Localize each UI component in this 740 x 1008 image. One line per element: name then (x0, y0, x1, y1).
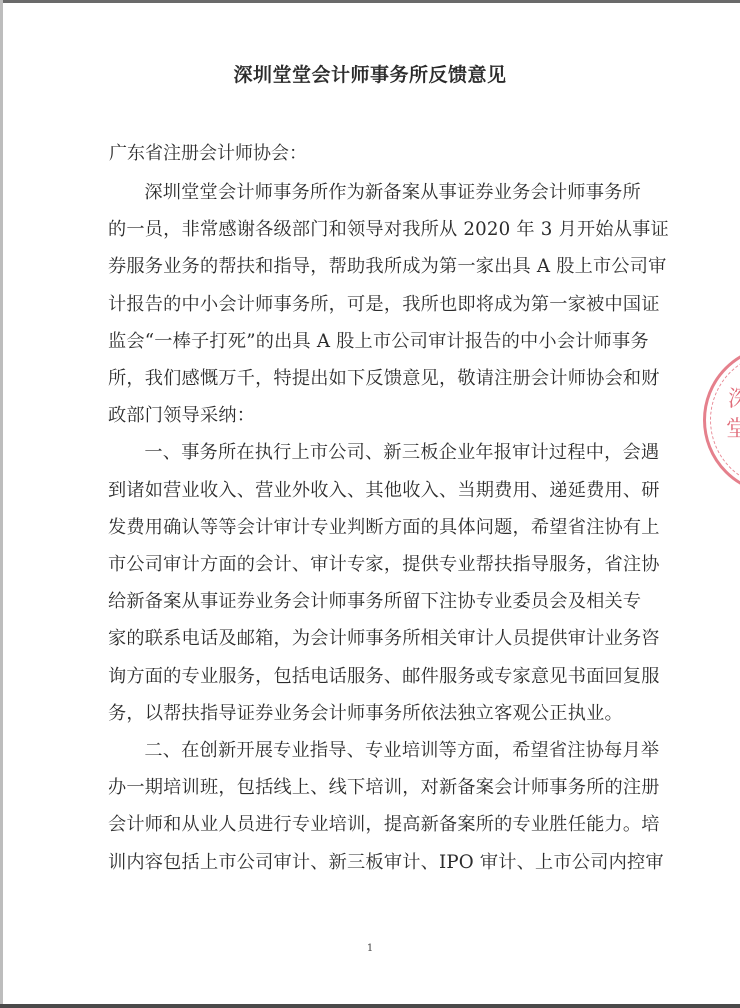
text-line: 家的联系电话及邮箱，为会计师事务所相关审计人员提供审计业务咨 (72, 620, 680, 657)
text-line: 询方面的专业服务，包括电话服务、邮件服务或专家意见书面回复服 (72, 658, 680, 695)
document-body: 深圳堂堂会计师事务所作为新备案从事证券业务会计师事务所 的一员，非常感谢各级部门… (108, 174, 680, 881)
text-line: 一、事务所在执行上市公司、新三板企业年报审计过程中，会遇 (108, 434, 680, 471)
text-line: 务，以帮扶指导证券业务会计师事务所依法独立客观公正执业。 (72, 695, 680, 732)
text-line: 政部门领导采纳： (72, 397, 680, 434)
seal-character: 堂 (726, 412, 740, 443)
text-line: 市公司审计方面的会计、审计专家，提供专业帮扶指导服务，省注协 (72, 546, 680, 583)
text-line: 办一期培训班，包括线上、线下培训，对新备案会计师事务所的注册 (72, 769, 680, 806)
viewer-left-border (0, 0, 3, 1008)
text-line: 发费用确认等等会计审计专业判断方面的具体问题，希望省注协有上 (72, 509, 680, 546)
text-line: 所，我们感慨万千，特提出如下反馈意见，敬请注册会计师协会和财 (72, 360, 680, 397)
salutation: 广东省注册会计师协会： (109, 139, 307, 165)
paragraph-point-2: 二、在创新开展专业指导、专业培训等方面，希望省注协每月举 办一期培训班，包括线上… (108, 732, 680, 881)
viewer-top-border (0, 0, 740, 3)
document-title: 深圳堂堂会计师事务所反馈意见 (0, 60, 740, 87)
page-number: 1 (0, 943, 740, 954)
seal-character: 深 (728, 382, 740, 413)
paragraph-point-1: 一、事务所在执行上市公司、新三板企业年报审计过程中，会遇 到诸如营业收入、营业外… (108, 434, 680, 732)
text-line: 计报告的中小会计师事务所，可是，我所也即将成为第一家被中国证 (72, 286, 680, 323)
text-line: 训内容包括上市公司审计、新三板审计、IPO 审计、上市公司内控审 (72, 844, 680, 881)
text-line: 监会“一棒子打死”的出具 A 股上市公司审计报告的中小会计师事务 (72, 323, 680, 360)
text-line: 会计师和从业人员进行专业培训，提高新备案所的专业胜任能力。培 (72, 806, 680, 843)
text-line: 到诸如营业收入、营业外收入、其他收入、当期费用、递延费用、研 (72, 472, 680, 509)
text-line: 的一员，非常感谢各级部门和领导对我所从 2020 年 3 月开始从事证 (72, 211, 680, 248)
viewer-bottom-border (0, 1004, 740, 1008)
paragraph-intro: 深圳堂堂会计师事务所作为新备案从事证券业务会计师事务所 的一员，非常感谢各级部门… (108, 174, 680, 434)
text-line: 券服务业务的帮扶和指导，帮助我所成为第一家出具 A 股上市公司审 (72, 248, 680, 285)
text-line: 二、在创新开展专业指导、专业培训等方面，希望省注协每月举 (108, 732, 680, 769)
text-line: 给新备案从事证券业务会计师事务所留下注协专业委员会及相关专 (72, 583, 680, 620)
text-line: 深圳堂堂会计师事务所作为新备案从事证券业务会计师事务所 (108, 174, 680, 211)
